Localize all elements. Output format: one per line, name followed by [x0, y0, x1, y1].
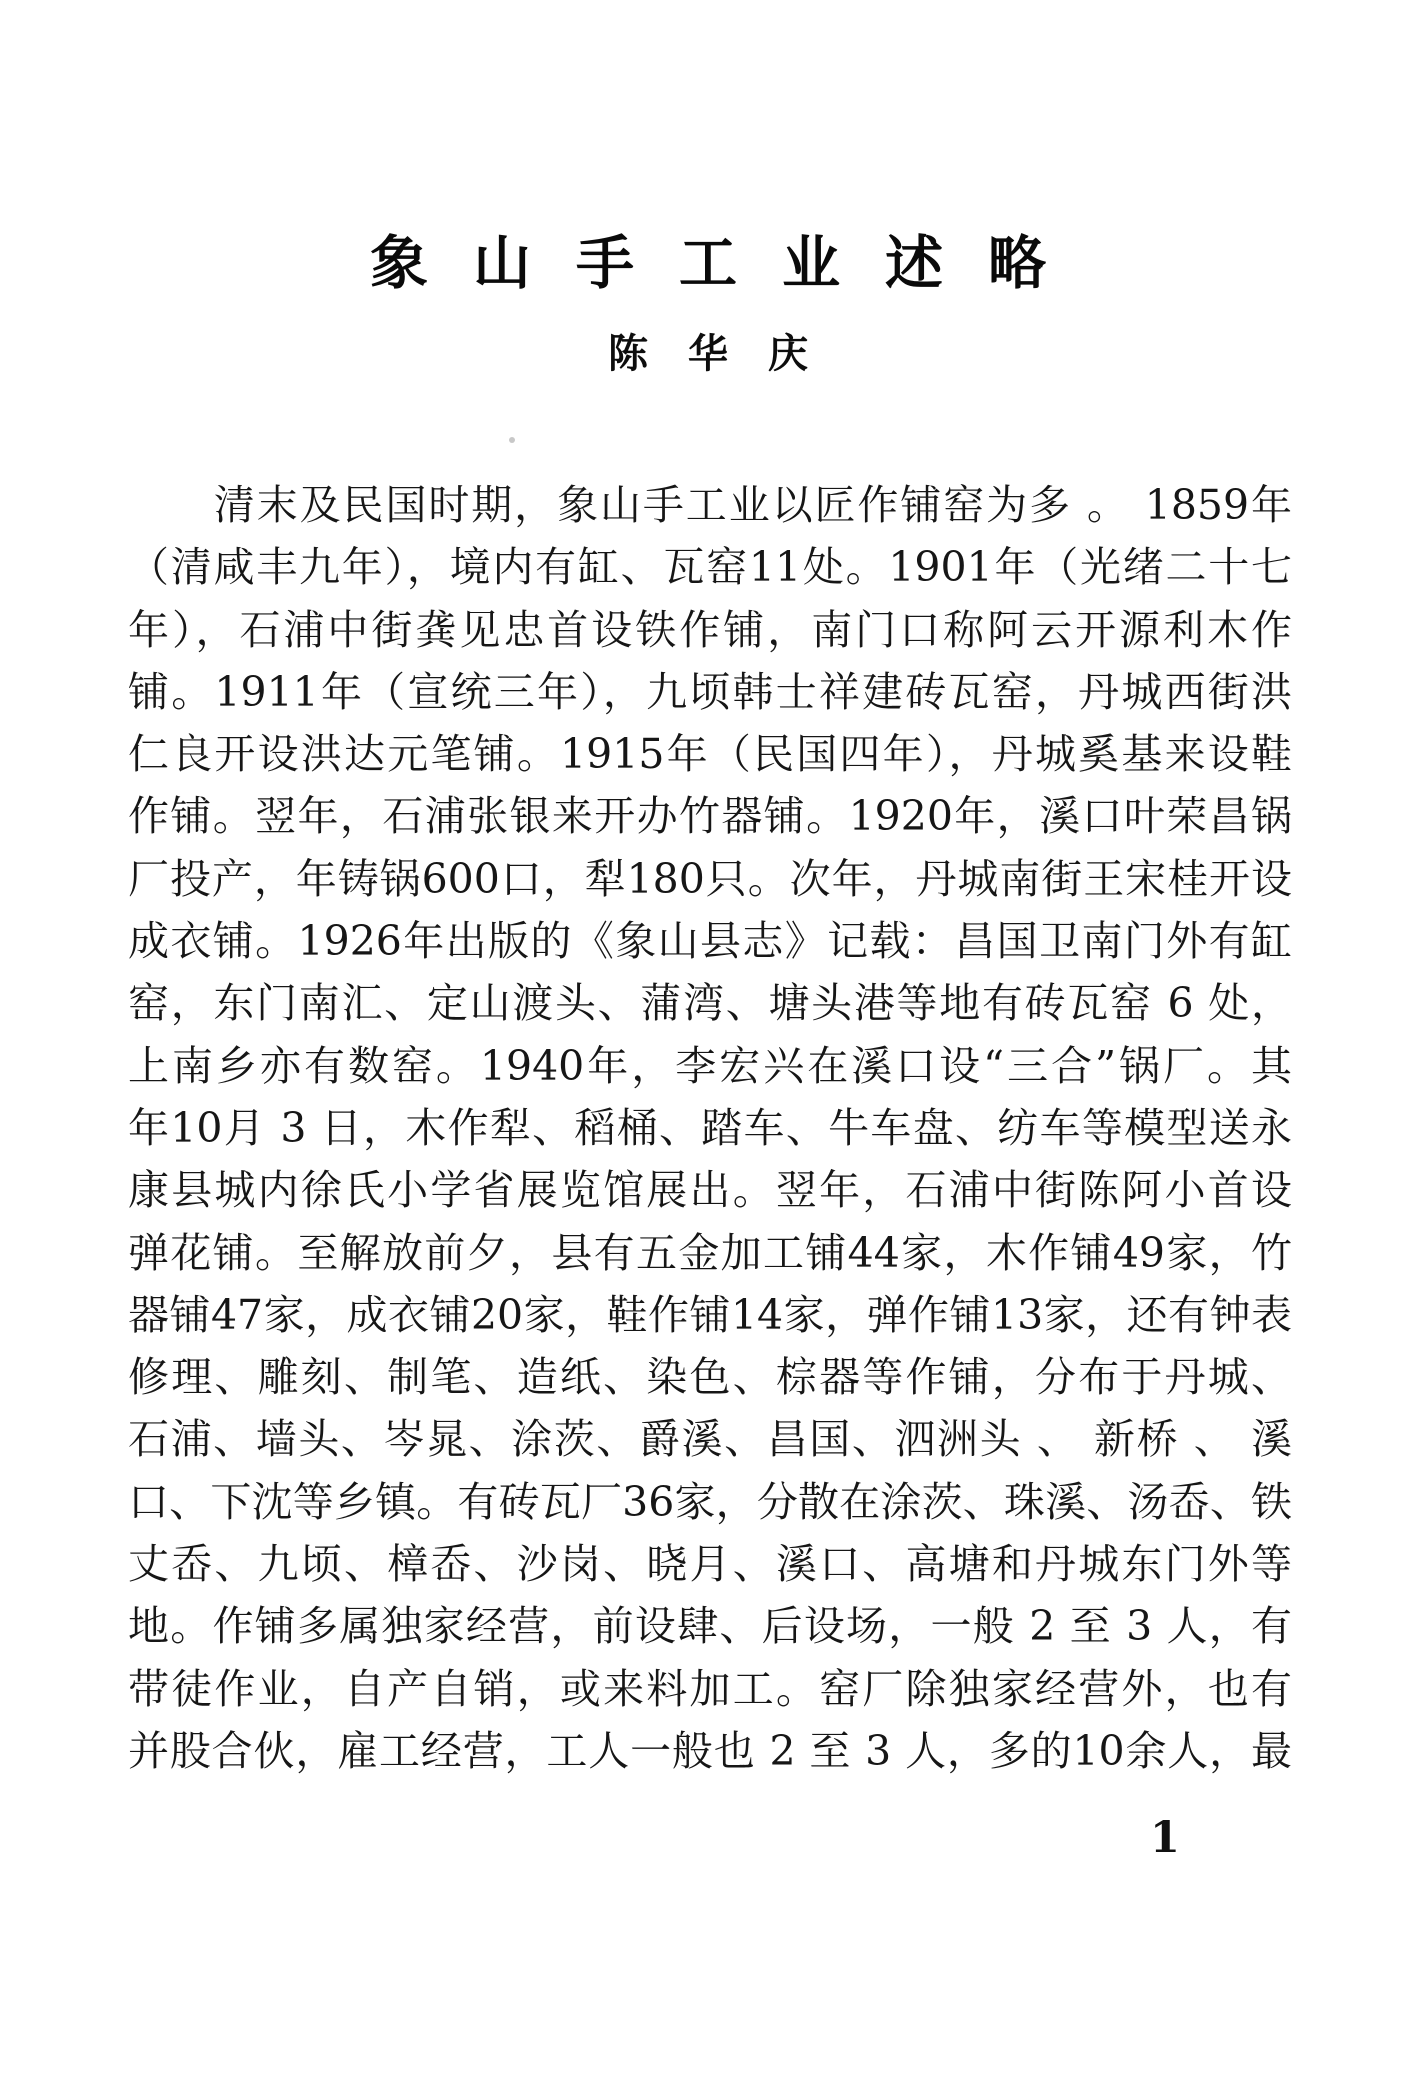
body-line: 口、下沈等乡镇。有砖瓦厂36家，分散在涂茨、珠溪、汤岙、铁 — [128, 1471, 1292, 1533]
body-line: 窑，东门南汇、定山渡头、蒲湾、塘头港等地有砖瓦窑 6 处， — [128, 972, 1292, 1034]
body-line: 仁良开设洪达元笔铺。1915年（民国四年），丹城奚基来设鞋 — [128, 723, 1292, 785]
article-body: 清末及民国时期，象山手工业以匠作铺窑为多 。 1859年 （清咸丰九年），境内有… — [128, 474, 1292, 1782]
body-line: 成衣铺。1926年出版的《象山县志》记载：昌国卫南门外有缸 — [128, 910, 1292, 972]
body-line: 铺。1911年（宣统三年），九顷韩士祥建砖瓦窑，丹城西街洪 — [128, 661, 1292, 723]
page-title: 象山手工业述略 — [0, 231, 1416, 295]
body-line: 弹花铺。至解放前夕，县有五金加工铺44家，木作铺49家，竹 — [128, 1222, 1292, 1284]
body-line: 康县城内徐氏小学省展览馆展出。翌年，石浦中街陈阿小首设 — [128, 1159, 1292, 1221]
body-line: 年10月 3 日，木作犁、稻桶、踏车、牛车盘、纺车等模型送永 — [128, 1097, 1292, 1159]
body-line: 厂投产，年铸锅600口，犁180只。次年，丹城南街王宋桂开设 — [128, 848, 1292, 910]
page-number: 1 — [1150, 1814, 1180, 1862]
body-line: 作铺。翌年，石浦张银来开办竹器铺。1920年，溪口叶荣昌锅 — [128, 785, 1292, 847]
body-line: 年），石浦中街龚见忠首设铁作铺，南门口称阿云开源利木作 — [128, 599, 1292, 661]
author-name: 陈华庆 — [0, 331, 1416, 377]
body-line: 带徒作业，自产自销，或来料加工。窑厂除独家经营外，也有 — [128, 1658, 1292, 1720]
body-line: 修理、雕刻、制笔、造纸、染色、棕器等作铺，分布于丹城、 — [128, 1346, 1292, 1408]
body-line: （清咸丰九年），境内有缸、瓦窑11处。1901年（光绪二十七 — [128, 536, 1292, 598]
body-line: 上南乡亦有数窑。1940年，李宏兴在溪口设“三合”锅厂。其 — [128, 1035, 1292, 1097]
scanned-document-page: 象山手工业述略 陈华庆 清末及民国时期，象山手工业以匠作铺窑为多 。 1859年… — [0, 0, 1416, 2085]
body-line: 地。作铺多属独家经营，前设肆、后设场，一般 2 至 3 人，有 — [128, 1595, 1292, 1657]
scan-artifact-dot — [509, 437, 515, 443]
body-line: 并股合伙，雇工经营，工人一般也 2 至 3 人，多的10余人，最 — [128, 1720, 1292, 1782]
body-line: 清末及民国时期，象山手工业以匠作铺窑为多 。 1859年 — [128, 474, 1292, 536]
body-line: 石浦、墙头、岑晁、涂茨、爵溪、昌国、泗洲头 、 新桥 、 溪 — [128, 1408, 1292, 1470]
body-line: 丈岙、九顷、樟岙、沙岗、晓月、溪口、高塘和丹城东门外等 — [128, 1533, 1292, 1595]
body-line: 器铺47家，成衣铺20家，鞋作铺14家，弹作铺13家，还有钟表 — [128, 1284, 1292, 1346]
